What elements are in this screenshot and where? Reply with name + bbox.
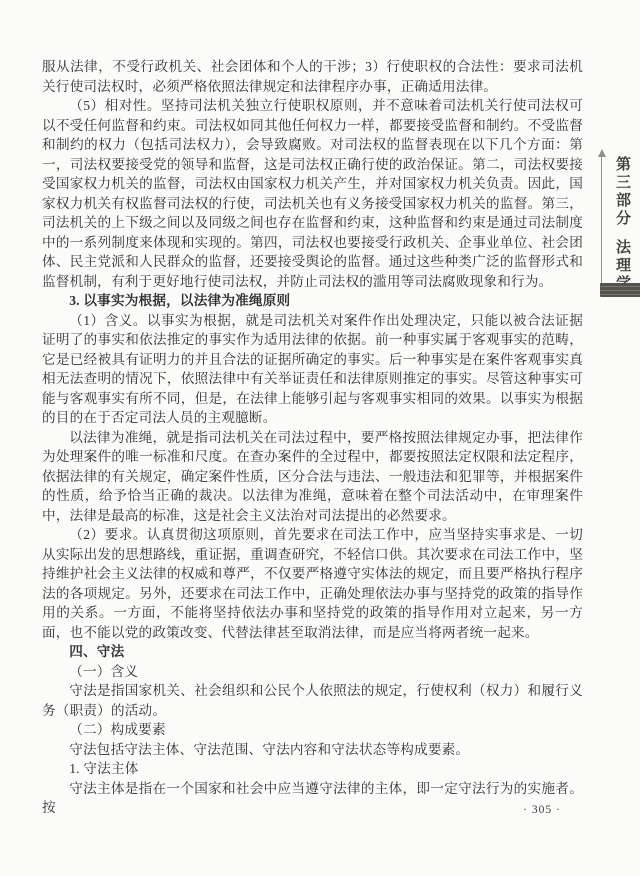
body-paragraph-abiding-definition: 守法是指国家机关、社会组织和公民个人依照法的规定，行使权利（权力）和履行义务（职… [42,681,583,720]
body-paragraph-components: 守法包括守法主体、守法范围、守法内容和守法状态等构成要素。 [42,740,583,760]
up-arrow-icon [598,149,606,157]
body-paragraph-subject-definition: 守法主体是指在一个国家和社会中应当遵守法律的主体，即一定守法行为的实施者。按 [42,779,583,818]
body-paragraph-law-as-criterion: 以法律为准绳，就是指司法机关在司法过程中，要严格按照法律规定办事，把法律作为处理… [42,428,583,526]
page-number: · 305 · [505,804,579,816]
book-page: 服从法律，不受行政机关、社会团体和个人的干涉；3）行使职权的合法性：要求司法机关… [0,0,640,876]
heading-section-four-abiding-law: 四、守法 [42,642,583,662]
body-paragraph-meaning-facts: （1）含义。以事实为根据，就是司法机关对案件作出处理决定，只能以被合法证据证明了… [42,311,583,428]
sidebar-part-label: 第三部分 [611,156,633,228]
body-paragraph-requirements: （2）要求。认真贯彻这项原则，首先要求在司法工作中，应当坚持实事求是、一切从实际… [42,525,583,642]
page-text-block: 服从法律，不受行政机关、社会团体和个人的干涉；3）行使职权的合法性：要求司法机关… [42,57,583,818]
sidebar-rule-line [601,156,602,286]
heading-principle-facts-law: 3. 以事实为根据，以法律为准绳原则 [42,291,583,311]
body-paragraph-continuation: 服从法律，不受行政机关、社会团体和个人的干涉；3）行使职权的合法性：要求司法机关… [42,57,583,96]
heading-subsection-meaning: （一）含义 [42,662,583,682]
body-paragraph-relativity: （5）相对性。坚持司法机关独立行使职权原则，并不意味着司法机关行使司法权可以不受… [42,96,583,291]
heading-subsection-components: （二）构成要素 [42,720,583,740]
heading-subject-of-abiding: 1. 守法主体 [42,759,583,779]
chapter-edge-tab [600,283,640,297]
